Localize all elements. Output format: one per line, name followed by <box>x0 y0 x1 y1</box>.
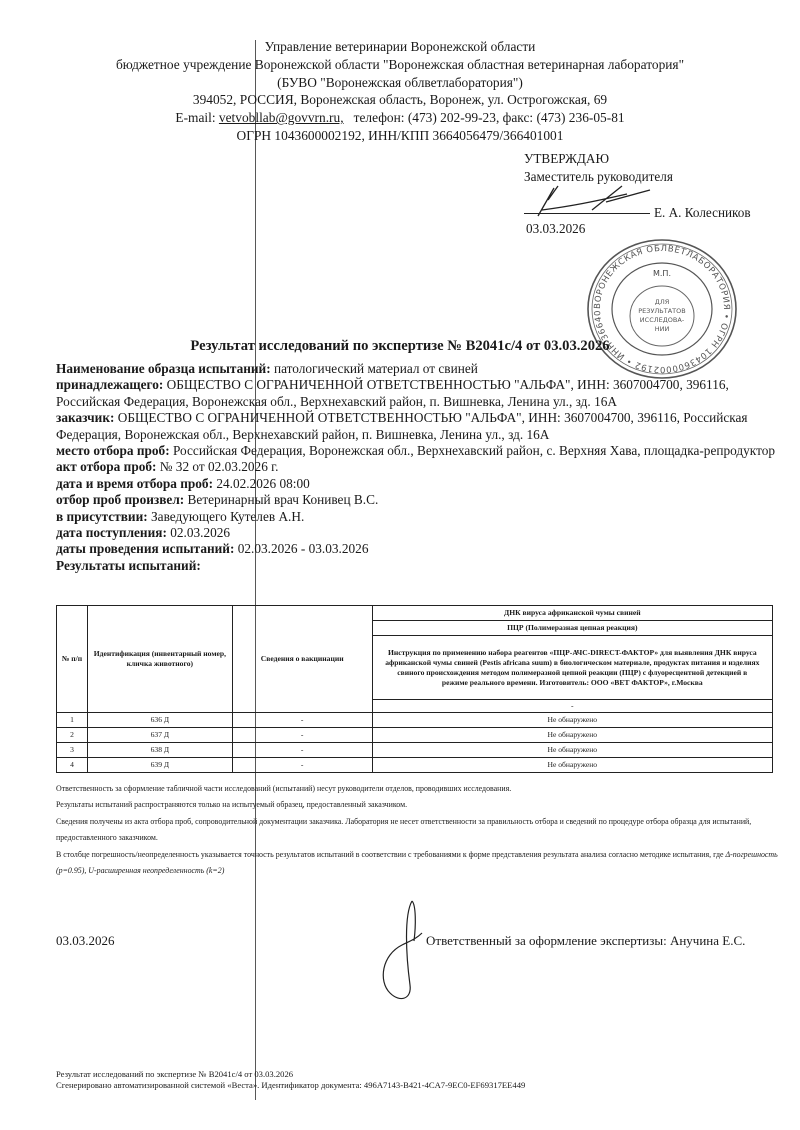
cell-vaccination: - <box>232 713 372 728</box>
approval-title: УТВЕРЖДАЮ <box>524 150 673 168</box>
header-short-name: (БУВО "Воронежская облветлаборатория") <box>0 74 800 92</box>
cell-vaccination: - <box>232 758 372 773</box>
cell-vaccination: - <box>232 743 372 758</box>
header-registration: ОГРН 1043600002192, ИНН/КПП 3664056479/3… <box>0 127 800 145</box>
col-header-method: ПЦР (Полимеразная цепная реакция) <box>372 621 772 636</box>
col-header-test-name: ДНК вируса африканской чумы свиней <box>372 606 772 621</box>
field-sampling-place: место отбора проб: Российская Федерация,… <box>56 443 786 459</box>
email-link[interactable]: vetvobllab@govvrn.ru, <box>219 110 344 125</box>
svg-text:НИИ: НИИ <box>655 325 670 333</box>
svg-text:ДЛЯ: ДЛЯ <box>655 298 669 306</box>
responsible-signature <box>360 895 430 1010</box>
table-row: 3 638 Д - Не обнаружено <box>57 743 773 758</box>
header-institution: бюджетное учреждение Воронежской области… <box>0 56 800 74</box>
field-sample-name: Наименование образца испытаний: патологи… <box>56 361 786 377</box>
cell-number: 2 <box>57 728 88 743</box>
col-header-number: № п/п <box>57 606 88 713</box>
cell-number: 1 <box>57 713 88 728</box>
signature-line <box>524 213 650 214</box>
results-heading: Результаты испытаний: <box>56 558 786 574</box>
footer-reference: Результат исследований по экспертизе № В… <box>56 1069 525 1080</box>
sample-details: Наименование образца испытаний: патологи… <box>56 361 786 574</box>
svg-text:РЕЗУЛЬТАТОВ: РЕЗУЛЬТАТОВ <box>638 307 685 315</box>
document-title: Результат исследований по экспертизе № В… <box>0 338 800 355</box>
field-test-dates: даты проведения испытаний: 02.03.2026 - … <box>56 541 786 557</box>
header-authority: Управление ветеринарии Воронежской облас… <box>0 38 800 56</box>
document-footer: Результат исследований по экспертизе № В… <box>56 1069 525 1090</box>
responsible-person: Ответственный за оформление экспертизы: … <box>426 933 745 949</box>
field-owner: принадлежащего: ОБЩЕСТВО С ОГРАНИЧЕННОЙ … <box>56 377 786 410</box>
cell-identification: 636 Д <box>87 713 232 728</box>
table-row: 4 639 Д - Не обнаружено <box>57 758 773 773</box>
header-address: 394052, РОССИЯ, Воронежская область, Вор… <box>0 91 800 109</box>
approval-date: 03.03.2026 <box>526 220 585 238</box>
field-presence: в присутствии: Заведующего Кутелев А.Н. <box>56 509 786 525</box>
phone-fax: телефон: (473) 202-99-23, факс: (473) 23… <box>354 110 625 125</box>
cell-result: Не обнаружено <box>372 743 772 758</box>
col-header-norm: - <box>372 700 772 713</box>
cell-result: Не обнаружено <box>372 713 772 728</box>
cell-result: Не обнаружено <box>372 758 772 773</box>
note-sources: Сведения получены из акта отбора проб, с… <box>56 814 786 847</box>
cell-identification: 637 Д <box>87 728 232 743</box>
svg-text:ИССЛЕДОВА-: ИССЛЕДОВА- <box>640 316 685 324</box>
field-sampling-act: акт отбора проб: № 32 от 02.03.2026 г. <box>56 459 786 475</box>
signature-icon <box>360 895 430 1005</box>
signoff-date: 03.03.2026 <box>56 933 115 949</box>
note-scope: Результаты испытаний распространяются то… <box>56 797 786 813</box>
header-contacts: E-mail: vetvobllab@govvrn.ru, телефон: (… <box>0 109 800 127</box>
lab-letterhead: Управление ветеринарии Воронежской облас… <box>0 38 800 145</box>
cell-vaccination: - <box>232 728 372 743</box>
signature-icon <box>532 180 652 220</box>
cell-number: 3 <box>57 743 88 758</box>
cell-result: Не обнаружено <box>372 728 772 743</box>
col-header-vaccination: Сведения о вакцинации <box>232 606 372 713</box>
field-sampling-datetime: дата и время отбора проб: 24.02.2026 08:… <box>56 476 786 492</box>
approver-name: Е. А. Колесников <box>654 204 751 222</box>
cell-identification: 638 Д <box>87 743 232 758</box>
email-label: E-mail: <box>175 110 215 125</box>
cell-number: 4 <box>57 758 88 773</box>
field-sampler: отбор проб произвел: Ветеринарный врач К… <box>56 492 786 508</box>
field-customer: заказчик: ОБЩЕСТВО С ОГРАНИЧЕННОЙ ОТВЕТС… <box>56 410 786 443</box>
field-received-date: дата поступления: 02.03.2026 <box>56 525 786 541</box>
results-table: № п/п Идентификация (инвентарный номер, … <box>56 605 773 773</box>
note-responsibility: Ответственность за сформление табличной … <box>56 781 786 797</box>
footer-generator-id: Сгенерировано автоматизированной системо… <box>56 1080 525 1091</box>
cell-identification: 639 Д <box>87 758 232 773</box>
table-row: 1 636 Д - Не обнаружено <box>57 713 773 728</box>
svg-text:М.П.: М.П. <box>653 269 671 278</box>
col-header-identification: Идентификация (инвентарный номер, кличка… <box>87 606 232 713</box>
approval-block: УТВЕРЖДАЮ Заместитель руководителя Е. А.… <box>524 150 673 186</box>
disclaimer-notes: Ответственность за сформление табличной … <box>56 781 786 879</box>
note-uncertainty: В столбце погрешность/неопределенность у… <box>56 847 786 880</box>
table-row: 2 637 Д - Не обнаружено <box>57 728 773 743</box>
col-header-instruction: Инструкция по применению набора реагенто… <box>372 636 772 700</box>
